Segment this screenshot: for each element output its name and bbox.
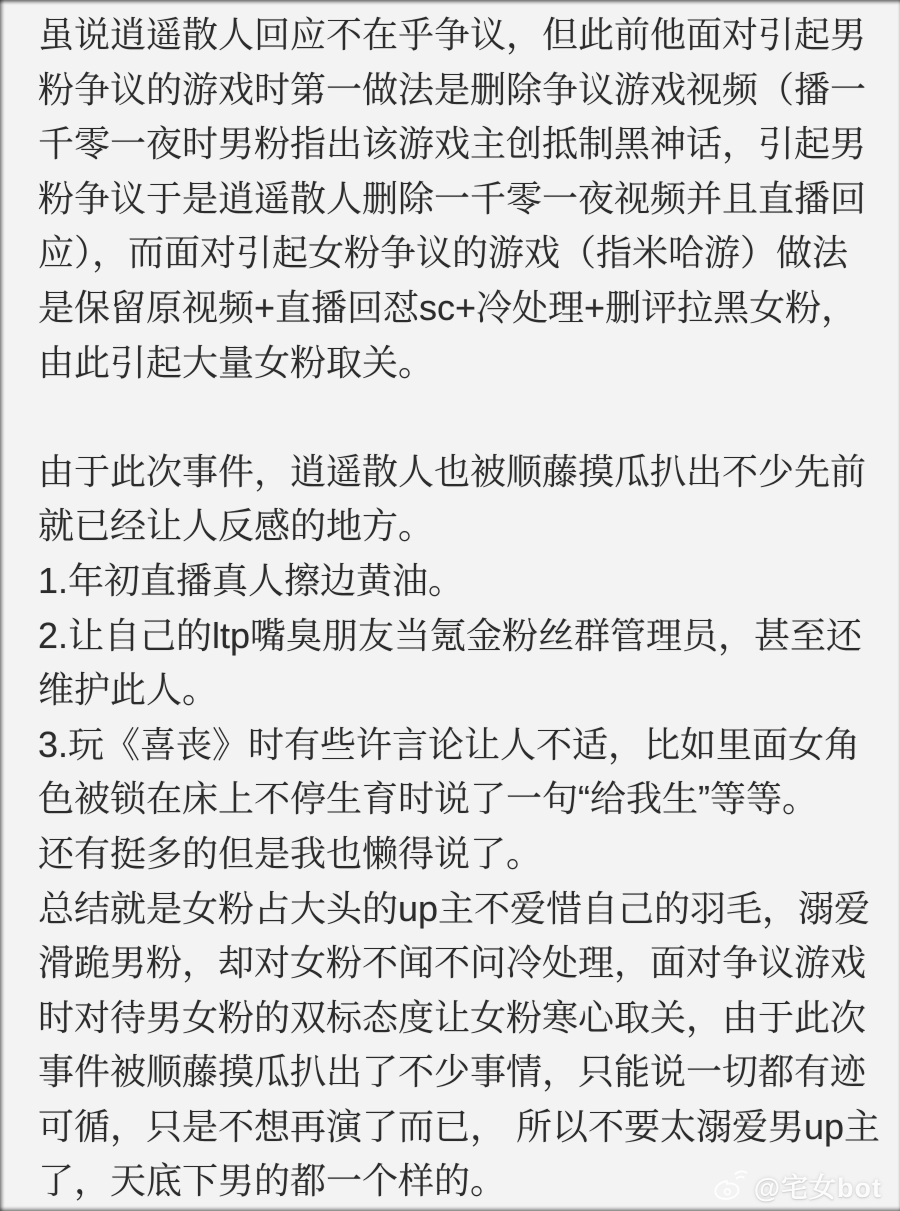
text-line: 粉争议的游戏时第一做法是删除争议游戏视频（播一 xyxy=(38,63,882,118)
text-line: 就已经让人反感的地方。 xyxy=(38,499,882,554)
text-line: 滑跪男粉，却对女粉不闻不问冷处理，面对争议游戏 xyxy=(38,936,882,991)
text-line: 虽说逍遥散人回应不在乎争议，但此前他面对引起男 xyxy=(38,8,882,63)
text-line: 了，天底下男的都一个样的。 xyxy=(38,1154,882,1209)
text-line: 由此引起大量女粉取关。 xyxy=(38,336,882,391)
text-line: 时对待男女粉的双标态度让女粉寒心取关，由于此次 xyxy=(38,991,882,1046)
text-line: 总结就是女粉占大头的up主不爱惜自己的羽毛，溺爱 xyxy=(38,882,882,937)
text-line: 色被锁在床上不停生育时说了一句“给我生”等等。 xyxy=(38,772,882,827)
text-line: 可循，只是不想再演了而已， 所以不要太溺爱男up主 xyxy=(38,1100,882,1155)
text-line: 2.让自己的ltp嘴臭朋友当氪金粉丝群管理员，甚至还 xyxy=(38,609,882,664)
text-line: 是保留原视频+直播回怼sc+冷处理+删评拉黑女粉， xyxy=(38,281,882,336)
text-line: 粉争议于是逍遥散人删除一千零一夜视频并且直播回 xyxy=(38,172,882,227)
text-line: 3.玩《喜丧》时有些许言论让人不适，比如里面女角 xyxy=(38,718,882,773)
post-screenshot: 虽说逍遥散人回应不在乎争议，但此前他面对引起男粉争议的游戏时第一做法是删除争议游… xyxy=(0,0,900,1211)
text-line: 维护此人。 xyxy=(38,663,882,718)
text-line: 应），而面对引起女粉争议的游戏（指米哈游）做法 xyxy=(38,226,882,281)
post-text-container: 虽说逍遥散人回应不在乎争议，但此前他面对引起男粉争议的游戏时第一做法是删除争议游… xyxy=(0,0,900,1209)
text-line: 由于此次事件，逍遥散人也被顺藤摸瓜扒出不少先前 xyxy=(38,445,882,500)
text-line: 1.年初直播真人擦边黄油。 xyxy=(38,554,882,609)
blank-line xyxy=(38,390,882,445)
text-line: 还有挺多的但是我也懒得说了。 xyxy=(38,827,882,882)
text-line: 千零一夜时男粉指出该游戏主创抵制黑神话，引起男 xyxy=(38,117,882,172)
text-line: 事件被顺藤摸瓜扒出了不少事情，只能说一切都有迹 xyxy=(38,1045,882,1100)
